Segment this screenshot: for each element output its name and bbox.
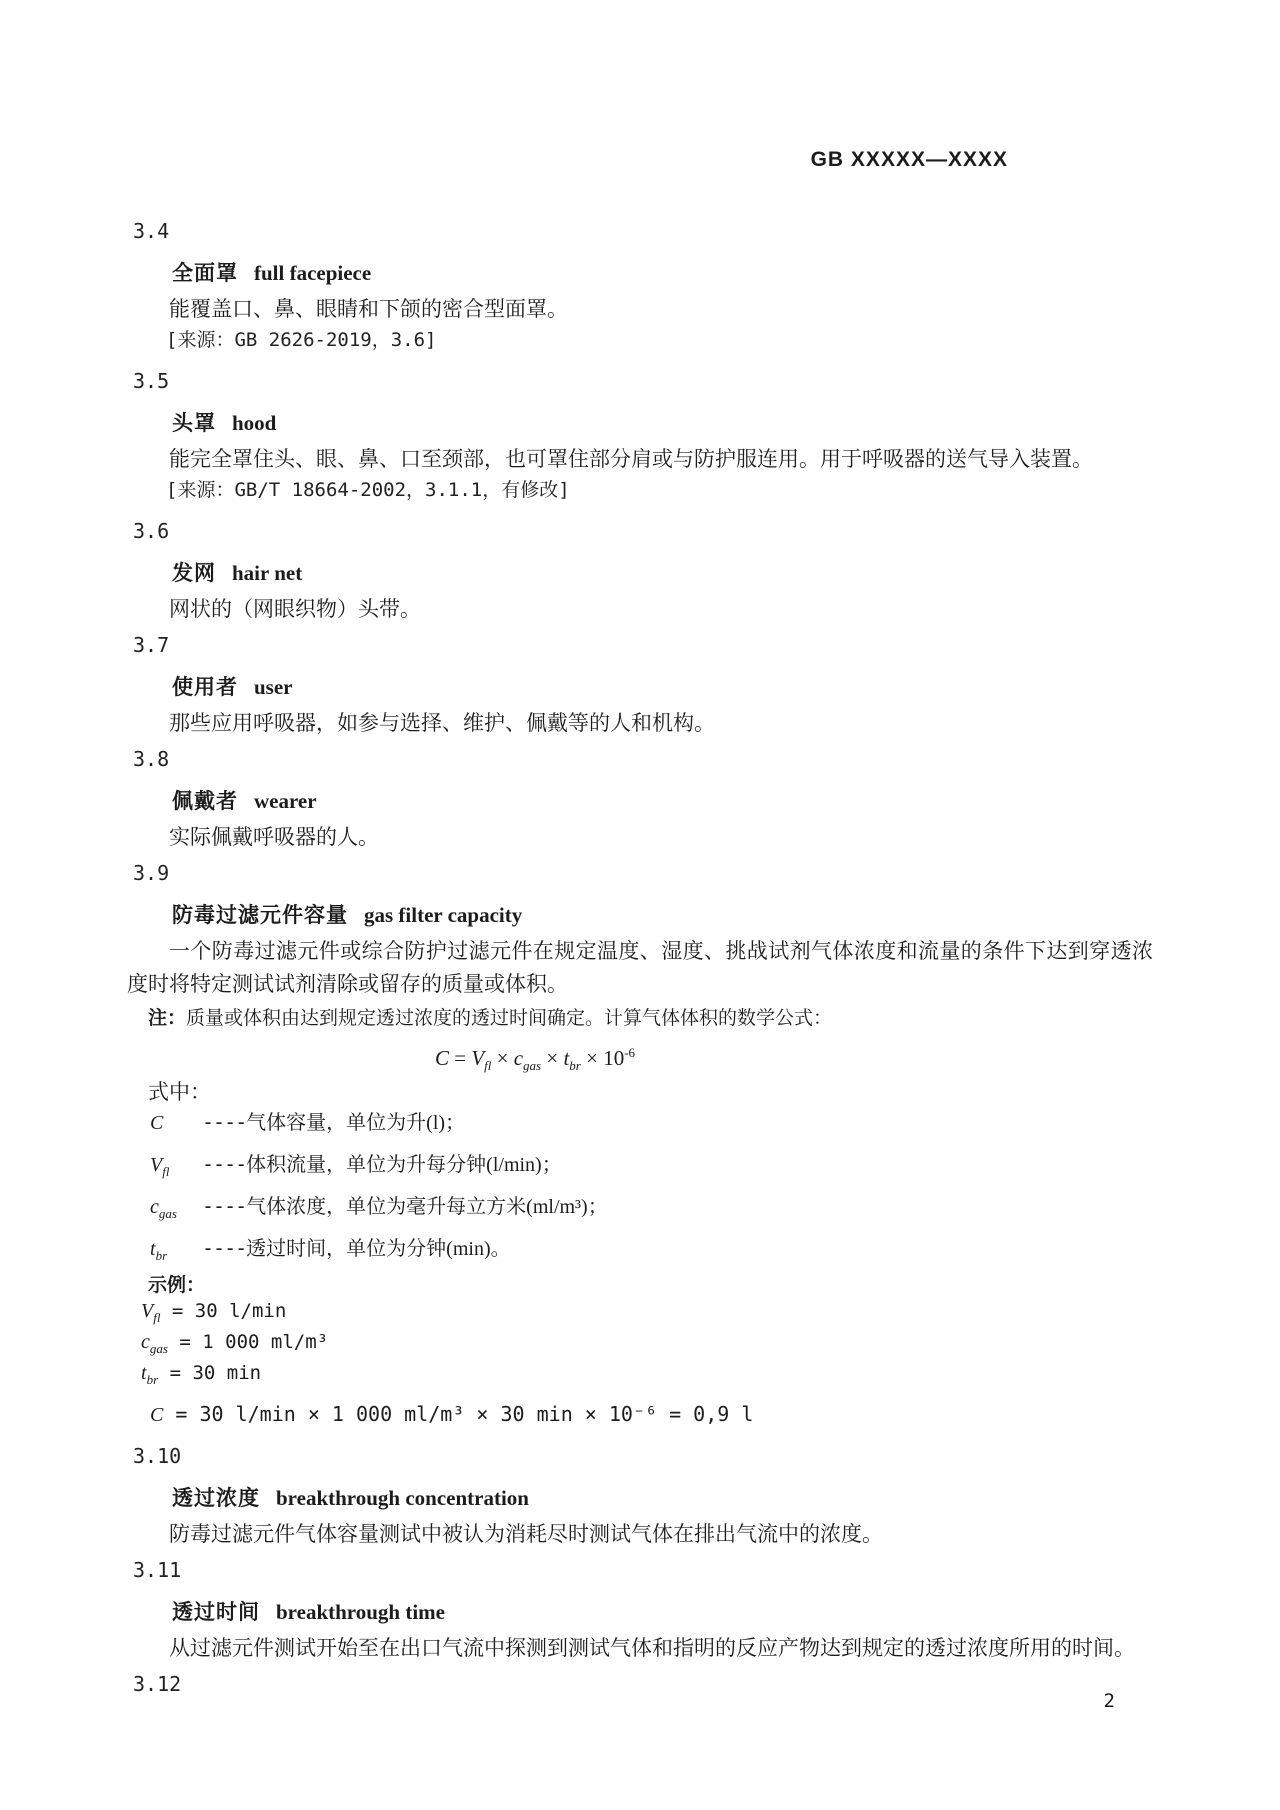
formula-c-subscript: gas — [523, 1058, 541, 1073]
symbol-letter: c — [141, 1331, 150, 1353]
definition-3-4: 能覆盖口、鼻、眼睛和下颌的密合型面罩。 — [127, 293, 1153, 326]
symbol-letter: V — [150, 1154, 162, 1176]
term-line-3-6: 发网hair net — [172, 558, 1153, 588]
clause-number-3-11: 3.11 — [133, 1557, 1153, 1583]
term-en: breakthrough concentration — [276, 1486, 529, 1510]
symbol-subscript: br — [156, 1248, 168, 1263]
clause-number-3-12: 3.12 — [133, 1671, 1153, 1697]
variable-row-C: C----气体容量，单位为升(l)； — [150, 1105, 1153, 1147]
example-line-tbr: tbr = 30 min — [141, 1361, 1153, 1392]
example-symbol: Vfl — [141, 1300, 160, 1322]
definition-3-7: 那些应用呼吸器，如参与选择、维护、佩戴等的人和机构。 — [127, 707, 1153, 740]
definition-3-10: 防毒过滤元件气体容量测试中被认为消耗尽时测试气体在排出气流中的浓度。 — [127, 1518, 1153, 1551]
term-line-3-8: 佩戴者wearer — [172, 786, 1153, 816]
term-line-3-5: 头罩hood — [172, 408, 1153, 438]
variable-row-cgas: cgas----气体浓度，单位为毫升每立方米(ml/m³)； — [150, 1189, 1153, 1231]
term-zh: 发网 — [172, 561, 216, 585]
example-line-Vfl: Vfl = 30 l/min — [141, 1299, 1153, 1330]
example-symbol: cgas — [141, 1331, 168, 1353]
term-zh: 透过浓度 — [172, 1486, 260, 1510]
clause-number-3-7: 3.7 — [133, 632, 1153, 658]
term-line-3-7: 使用者user — [172, 672, 1153, 702]
symbol-subscript: gas — [159, 1206, 177, 1221]
variable-dashes: ---- — [202, 1152, 246, 1176]
term-en: hair net — [232, 561, 302, 585]
note-label: 注： — [148, 1008, 186, 1029]
term-en: user — [254, 675, 293, 699]
note-text: 质量或体积由达到规定透过浓度的透过时间确定。计算气体体积的数学公式： — [186, 1008, 832, 1029]
symbol-subscript: gas — [150, 1341, 168, 1356]
term-line-3-4: 全面罩full facepiece — [172, 258, 1153, 288]
variable-row-tbr: tbr----透过时间，单位为分钟(min)。 — [150, 1231, 1153, 1273]
clause-number-3-4: 3.4 — [133, 218, 1153, 244]
symbol-subscript: br — [147, 1372, 159, 1387]
formula-times: × — [541, 1046, 563, 1070]
definition-3-5: 能完全罩住头、眼、鼻、口至颈部，也可罩住部分肩或与防护服连用。用于呼吸器的送气导… — [127, 443, 1153, 476]
clause-number-3-9: 3.9 — [133, 860, 1153, 886]
term-zh: 透过时间 — [172, 1600, 260, 1624]
term-en: wearer — [254, 789, 317, 813]
formula-t-subscript: br — [569, 1058, 581, 1073]
term-zh: 头罩 — [172, 411, 216, 435]
clause-number-3-6: 3.6 — [133, 518, 1153, 544]
clause-number-3-5: 3.5 — [133, 368, 1153, 394]
symbol-letter: C — [150, 1112, 163, 1134]
example-symbol: C — [150, 1404, 163, 1426]
formula-lhs: C — [435, 1046, 449, 1070]
variable-description: 气体浓度，单位为毫升每立方米(ml/m³)； — [246, 1196, 608, 1218]
variable-dashes: ---- — [202, 1110, 246, 1134]
variable-dashes: ---- — [202, 1194, 246, 1218]
formula-times: × — [581, 1046, 603, 1070]
clause-number-3-8: 3.8 — [133, 746, 1153, 772]
example-line-cgas: cgas = 1 000 ml/m³ — [141, 1330, 1153, 1361]
formula-equals: = — [449, 1046, 471, 1070]
definition-3-9: 一个防毒过滤元件或综合防护过滤元件在规定温度、湿度、挑战试剂气体浓度和流量的条件… — [127, 935, 1153, 1001]
symbol-subscript: fl — [162, 1164, 169, 1179]
variable-symbol: C — [150, 1106, 202, 1147]
term-line-3-9: 防毒过滤元件容量gas filter capacity — [172, 900, 1153, 930]
variable-dashes: ---- — [202, 1236, 246, 1260]
example-value: = 30 l/min × 1 000 ml/m³ × 30 min × 10⁻⁶… — [163, 1402, 753, 1426]
variable-description: 体积流量，单位为升每分钟(l/min)； — [246, 1154, 562, 1176]
variable-description: 透过时间，单位为分钟(min)。 — [246, 1238, 510, 1260]
term-line-3-11: 透过时间breakthrough time — [172, 1597, 1153, 1627]
where-label: 式中： — [148, 1079, 1153, 1105]
variable-symbol: cgas — [150, 1190, 202, 1231]
symbol-letter: c — [150, 1196, 159, 1218]
formula-v-symbol: V — [471, 1046, 484, 1070]
variable-symbol: Vfl — [150, 1148, 202, 1189]
document-page: GB XXXXX—XXXX 3.4 全面罩full facepiece 能覆盖口… — [0, 0, 1280, 1697]
formula-c-symbol: c — [514, 1046, 523, 1070]
source-reference-3-4: [来源：GB 2626-2019，3.6] — [166, 327, 1153, 354]
example-value: = 30 min — [158, 1362, 261, 1384]
example-label: 示例： — [148, 1273, 1153, 1299]
doc-code: GB XXXXX—XXXX — [127, 148, 1153, 172]
term-en: hood — [232, 411, 276, 435]
definition-3-11: 从过滤元件测试开始至在出口气流中探测到测试气体和指明的反应产物达到规定的透过浓度… — [127, 1632, 1153, 1665]
example-value: = 30 l/min — [160, 1300, 286, 1322]
page-number: 2 — [1104, 1690, 1115, 1712]
term-en: gas filter capacity — [364, 903, 522, 927]
example-symbol: tbr — [141, 1362, 158, 1384]
example-line-result: C = 30 l/min × 1 000 ml/m³ × 30 min × 10… — [150, 1399, 1153, 1437]
formula-times: × — [491, 1046, 513, 1070]
definition-3-6: 网状的（网眼织物）头带。 — [127, 593, 1153, 626]
symbol-letter: C — [150, 1404, 163, 1426]
term-zh: 防毒过滤元件容量 — [172, 903, 348, 927]
variable-symbol: tbr — [150, 1232, 202, 1273]
variable-description: 气体容量，单位为升(l)； — [246, 1112, 465, 1134]
term-line-3-10: 透过浓度breakthrough concentration — [172, 1483, 1153, 1513]
definition-3-8: 实际佩戴呼吸器的人。 — [127, 821, 1153, 854]
gas-volume-formula: C = Vfl × cgas × tbr × 10-6 — [127, 1040, 943, 1079]
term-zh: 全面罩 — [172, 261, 238, 285]
formula-pow-exponent: -6 — [624, 1045, 635, 1060]
source-reference-3-5: [来源：GB/T 18664-2002，3.1.1，有修改] — [166, 477, 1153, 504]
note-3-9: 注：质量或体积由达到规定透过浓度的透过时间确定。计算气体体积的数学公式： — [148, 1005, 1153, 1032]
clause-number-3-10: 3.10 — [133, 1443, 1153, 1469]
term-en: breakthrough time — [276, 1600, 445, 1624]
term-en: full facepiece — [254, 261, 371, 285]
term-zh: 使用者 — [172, 675, 238, 699]
term-zh: 佩戴者 — [172, 789, 238, 813]
formula-pow-base: 10 — [603, 1046, 624, 1070]
symbol-letter: V — [141, 1300, 153, 1322]
example-value: = 1 000 ml/m³ — [168, 1331, 328, 1353]
variable-row-Vfl: Vfl----体积流量，单位为升每分钟(l/min)； — [150, 1147, 1153, 1189]
